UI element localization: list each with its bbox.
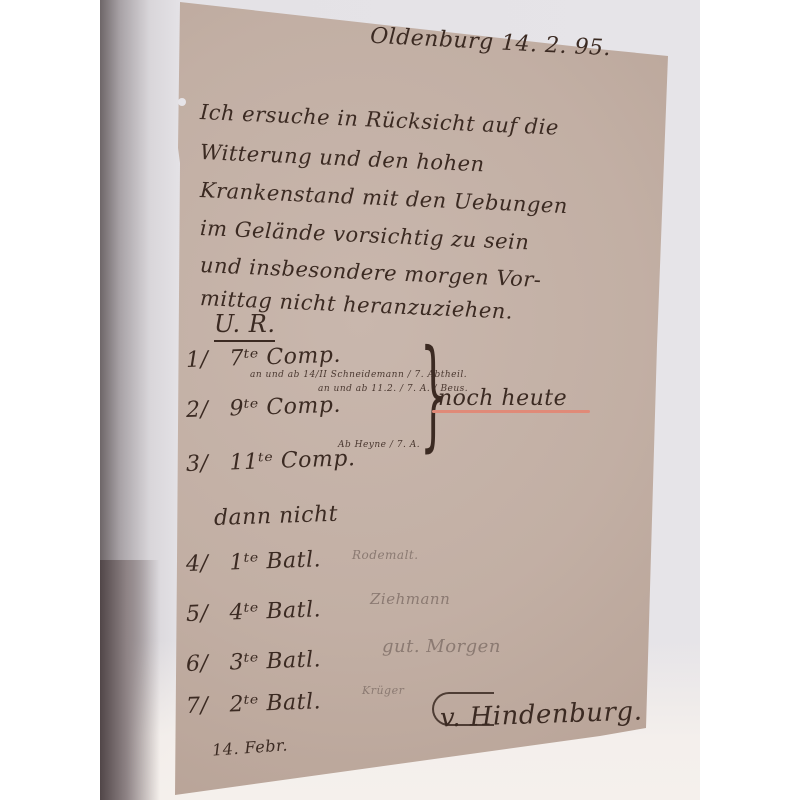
item-note: Ziehmann (370, 590, 450, 608)
item-note: gut. Morgen (382, 636, 501, 657)
item-label: 7ᵗᵉ Comp. (229, 343, 341, 372)
item-number: 5/ (186, 601, 223, 627)
item-label: 9ᵗᵉ Comp. (229, 393, 341, 422)
item-number: 3/ (186, 451, 223, 477)
item-number: 6/ (186, 651, 223, 677)
item-label: 4ᵗᵉ Batl. (229, 597, 321, 625)
paper-notch (178, 98, 186, 106)
subheading: dann nicht (214, 502, 339, 531)
item-number: 4/ (186, 551, 223, 577)
item-label: 3ᵗᵉ Batl. (229, 647, 321, 675)
bracket-note: noch heute (438, 386, 567, 411)
list-item: 5/ 4ᵗᵉ Batl. (186, 597, 322, 627)
item-note: Krüger (362, 684, 404, 697)
item-label: 2ᵗᵉ Batl. (229, 689, 321, 717)
item-label: 1ᵗᵉ Batl. (229, 547, 321, 575)
red-pencil-underline (432, 410, 590, 413)
item-note: Ab Heyne / 7. A. (338, 440, 420, 450)
item-note: Rodemalt. (352, 548, 419, 562)
item-label: 11ᵗᵉ Comp. (229, 446, 356, 475)
list-item: 4/ 1ᵗᵉ Batl. (186, 547, 322, 577)
list-item: 7/ 2ᵗᵉ Batl. (186, 689, 322, 719)
item-number: 7/ (186, 693, 223, 719)
list-item: 6/ 3ᵗᵉ Batl. (186, 647, 322, 677)
item-number: 1/ (186, 347, 223, 373)
backdrop-shadow (100, 560, 160, 800)
section-heading: U. R. (214, 310, 275, 342)
item-number: 2/ (186, 397, 223, 423)
